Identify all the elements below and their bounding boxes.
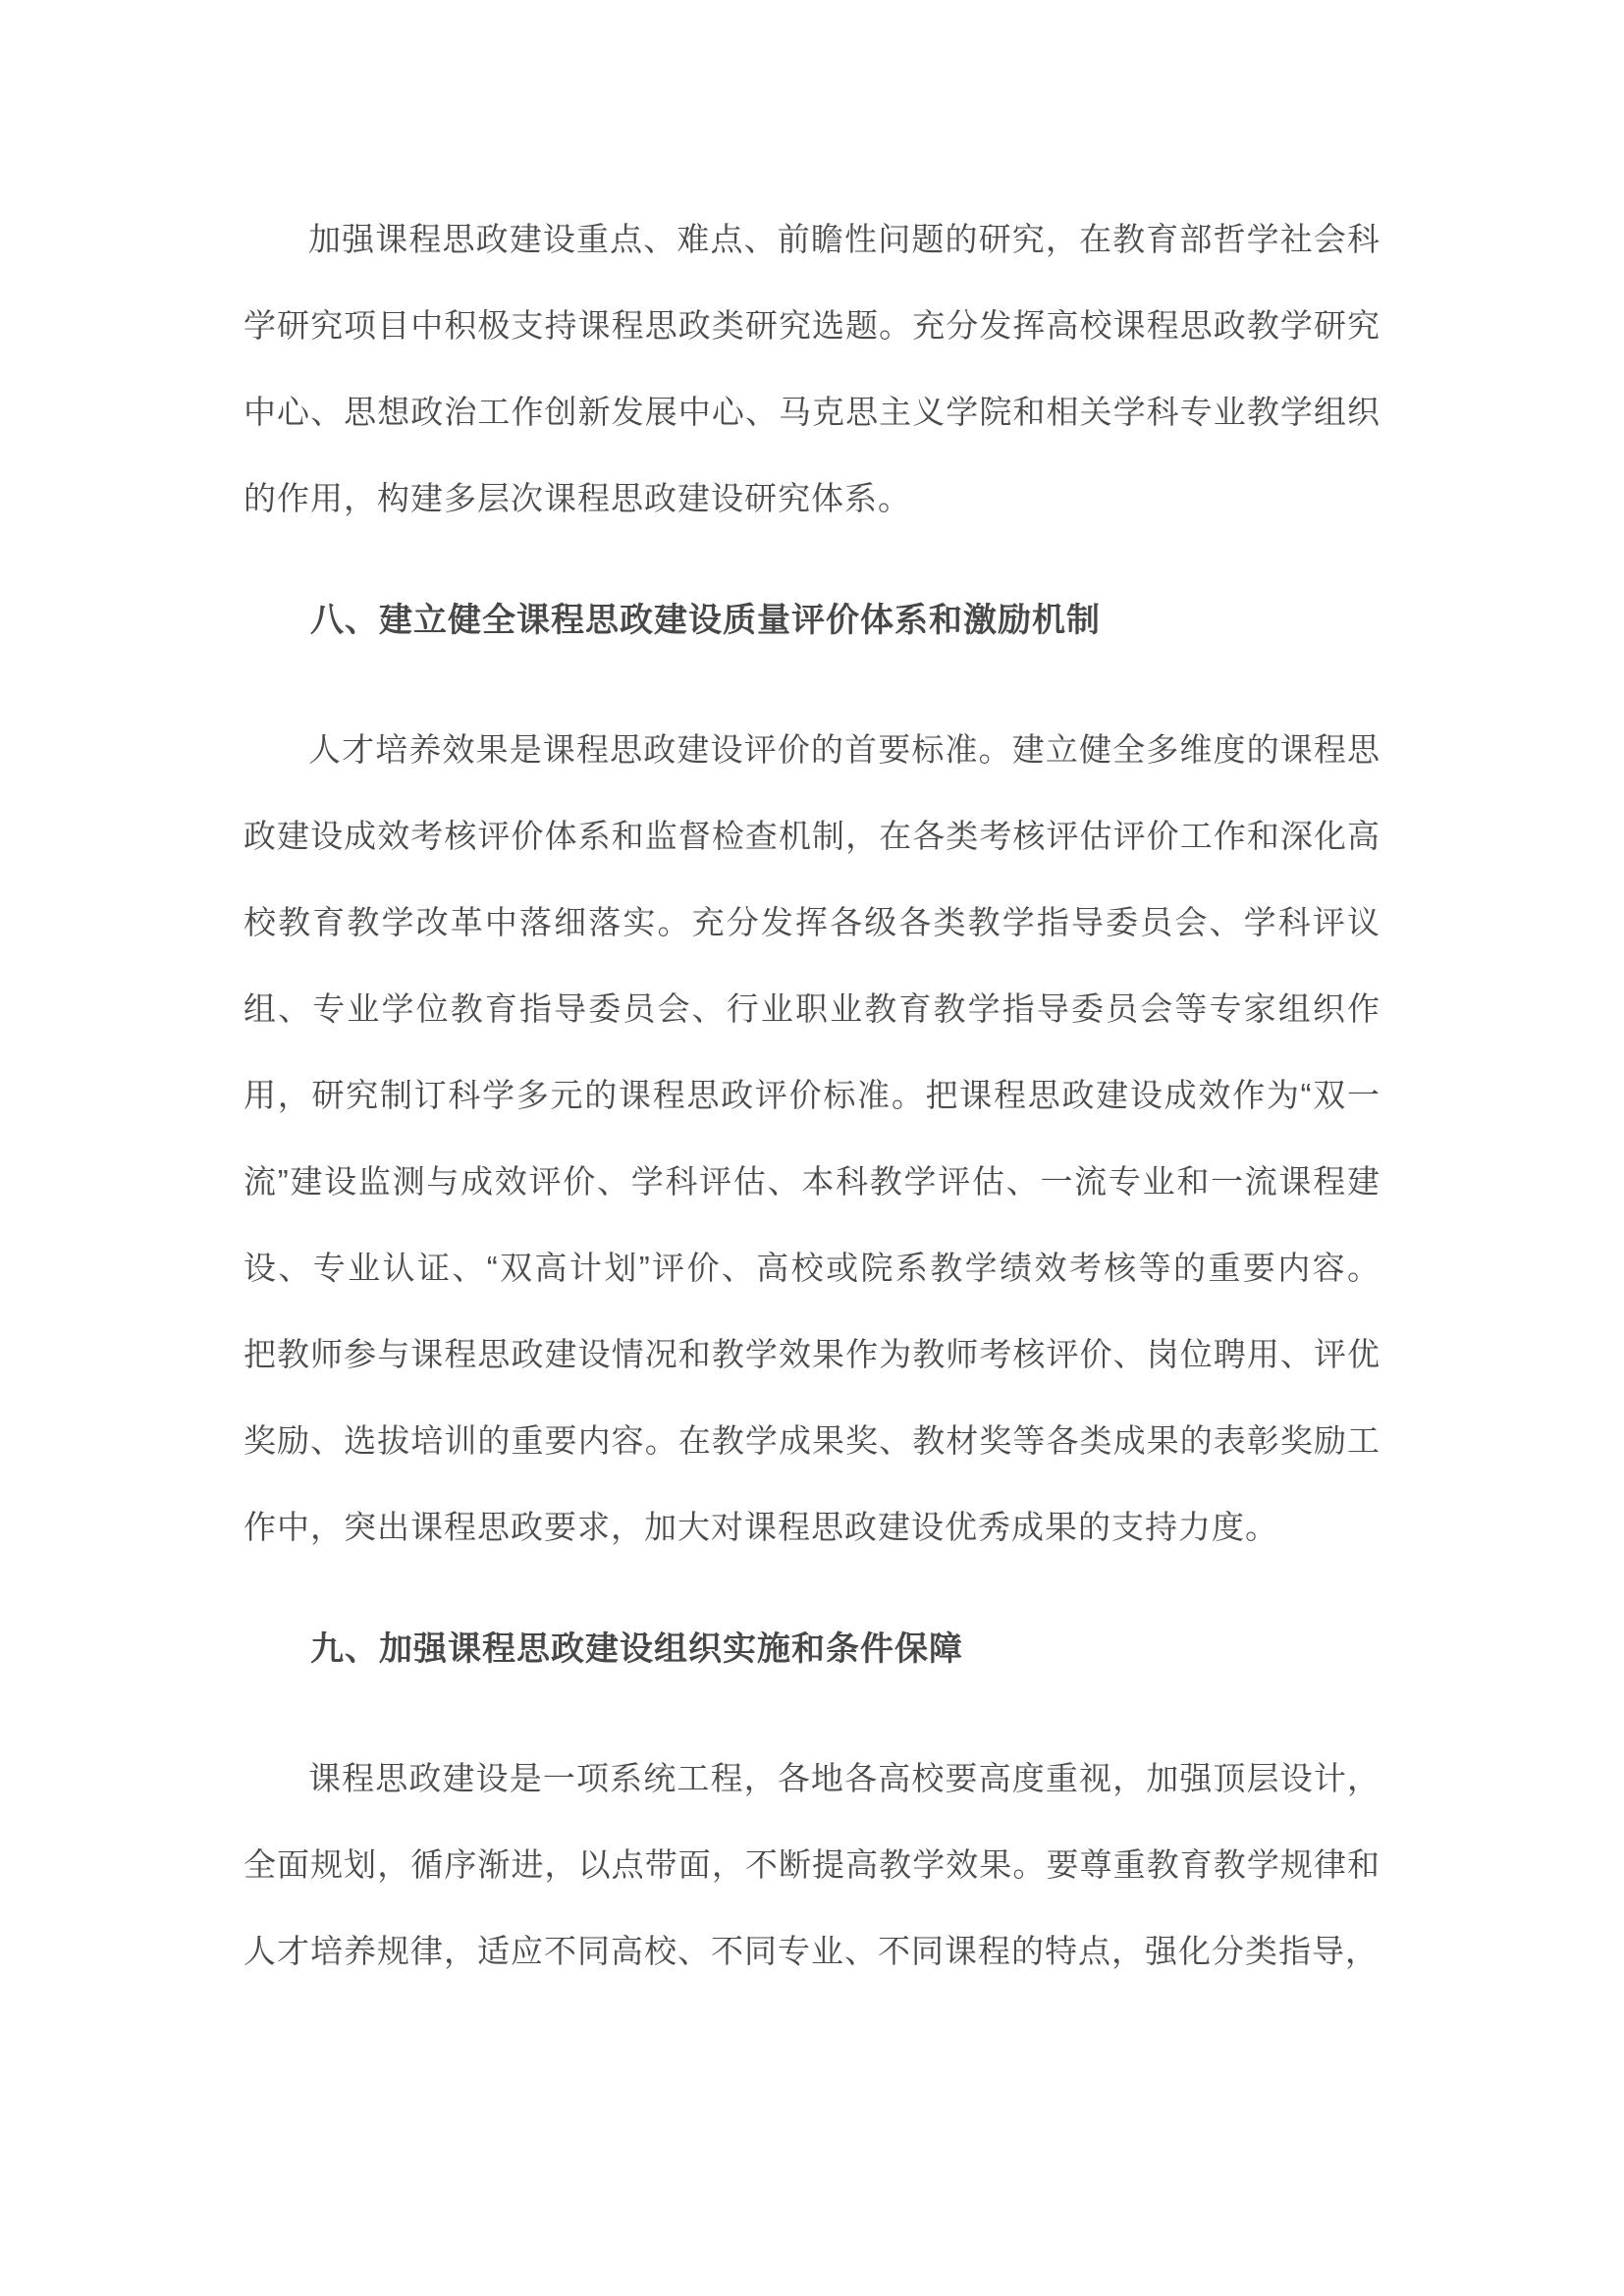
text-line: 课程思政建设是一项系统工程，各地各高校要高度重视，加强顶层设计，: [244, 1735, 1380, 1822]
text-line: 学研究项目中积极支持课程思政类研究选题。充分发挥高校课程思政教学研究: [244, 283, 1380, 369]
text-line: 作中，突出课程思政要求，加大对课程思政建设优秀成果的支持力度。: [244, 1484, 1380, 1571]
heading-section-9: 九、加强课程思政建设组织实施和条件保障: [244, 1606, 1380, 1692]
paragraph-evaluation-incentive: 人才培养效果是课程思政建设评价的首要标准。建立健全多维度的课程思政建设成效考核评…: [244, 707, 1380, 1571]
text-line: 加强课程思政建设重点、难点、前瞻性问题的研究，在教育部哲学社会科: [244, 196, 1380, 283]
text-line: 把教师参与课程思政建设情况和教学效果作为教师考核评价、岗位聘用、评优: [244, 1311, 1380, 1398]
heading-section-8: 八、建立健全课程思政建设质量评价体系和激励机制: [244, 577, 1380, 664]
text-line: 的作用，构建多层次课程思政建设研究体系。: [244, 455, 1380, 542]
text-line: 奖励、选拔培训的重要内容。在教学成果奖、教材奖等各类成果的表彰奖励工: [244, 1398, 1380, 1484]
page-content: 加强课程思政建设重点、难点、前瞻性问题的研究，在教育部哲学社会科学研究项目中积极…: [244, 196, 1380, 1995]
text-line: 校教育教学改革中落细落实。充分发挥各级各类教学指导委员会、学科评议: [244, 880, 1380, 966]
text-line: 组、专业学位教育指导委员会、行业职业教育教学指导委员会等专家组织作: [244, 966, 1380, 1052]
text-line: 全面规划，循序渐进，以点带面，不断提高教学效果。要尊重教育教学规律和: [244, 1822, 1380, 1908]
text-line: 人才培养规律，适应不同高校、不同专业、不同课程的特点，强化分类指导，: [244, 1908, 1380, 1995]
text-line: 流”建设监测与成效评价、学科评估、本科教学评估、一流专业和一流课程建: [244, 1139, 1380, 1225]
text-line: 人才培养效果是课程思政建设评价的首要标准。建立健全多维度的课程思: [244, 707, 1380, 793]
document-page: 加强课程思政建设重点、难点、前瞻性问题的研究，在教育部哲学社会科学研究项目中积极…: [0, 0, 1624, 2296]
text-line: 用，研究制订科学多元的课程思政评价标准。把课程思政建设成效作为“双一: [244, 1052, 1380, 1139]
text-line: 设、专业认证、“双高计划”评价、高校或院系教学绩效考核等的重要内容。: [244, 1225, 1380, 1311]
text-line: 政建设成效考核评价体系和监督检查机制，在各类考核评估评价工作和深化高: [244, 793, 1380, 880]
paragraph-research-system: 加强课程思政建设重点、难点、前瞻性问题的研究，在教育部哲学社会科学研究项目中积极…: [244, 196, 1380, 542]
text-line: 中心、思想政治工作创新发展中心、马克思主义学院和相关学科专业教学组织: [244, 369, 1380, 455]
paragraph-implementation-support: 课程思政建设是一项系统工程，各地各高校要高度重视，加强顶层设计，全面规划，循序渐…: [244, 1735, 1380, 1995]
